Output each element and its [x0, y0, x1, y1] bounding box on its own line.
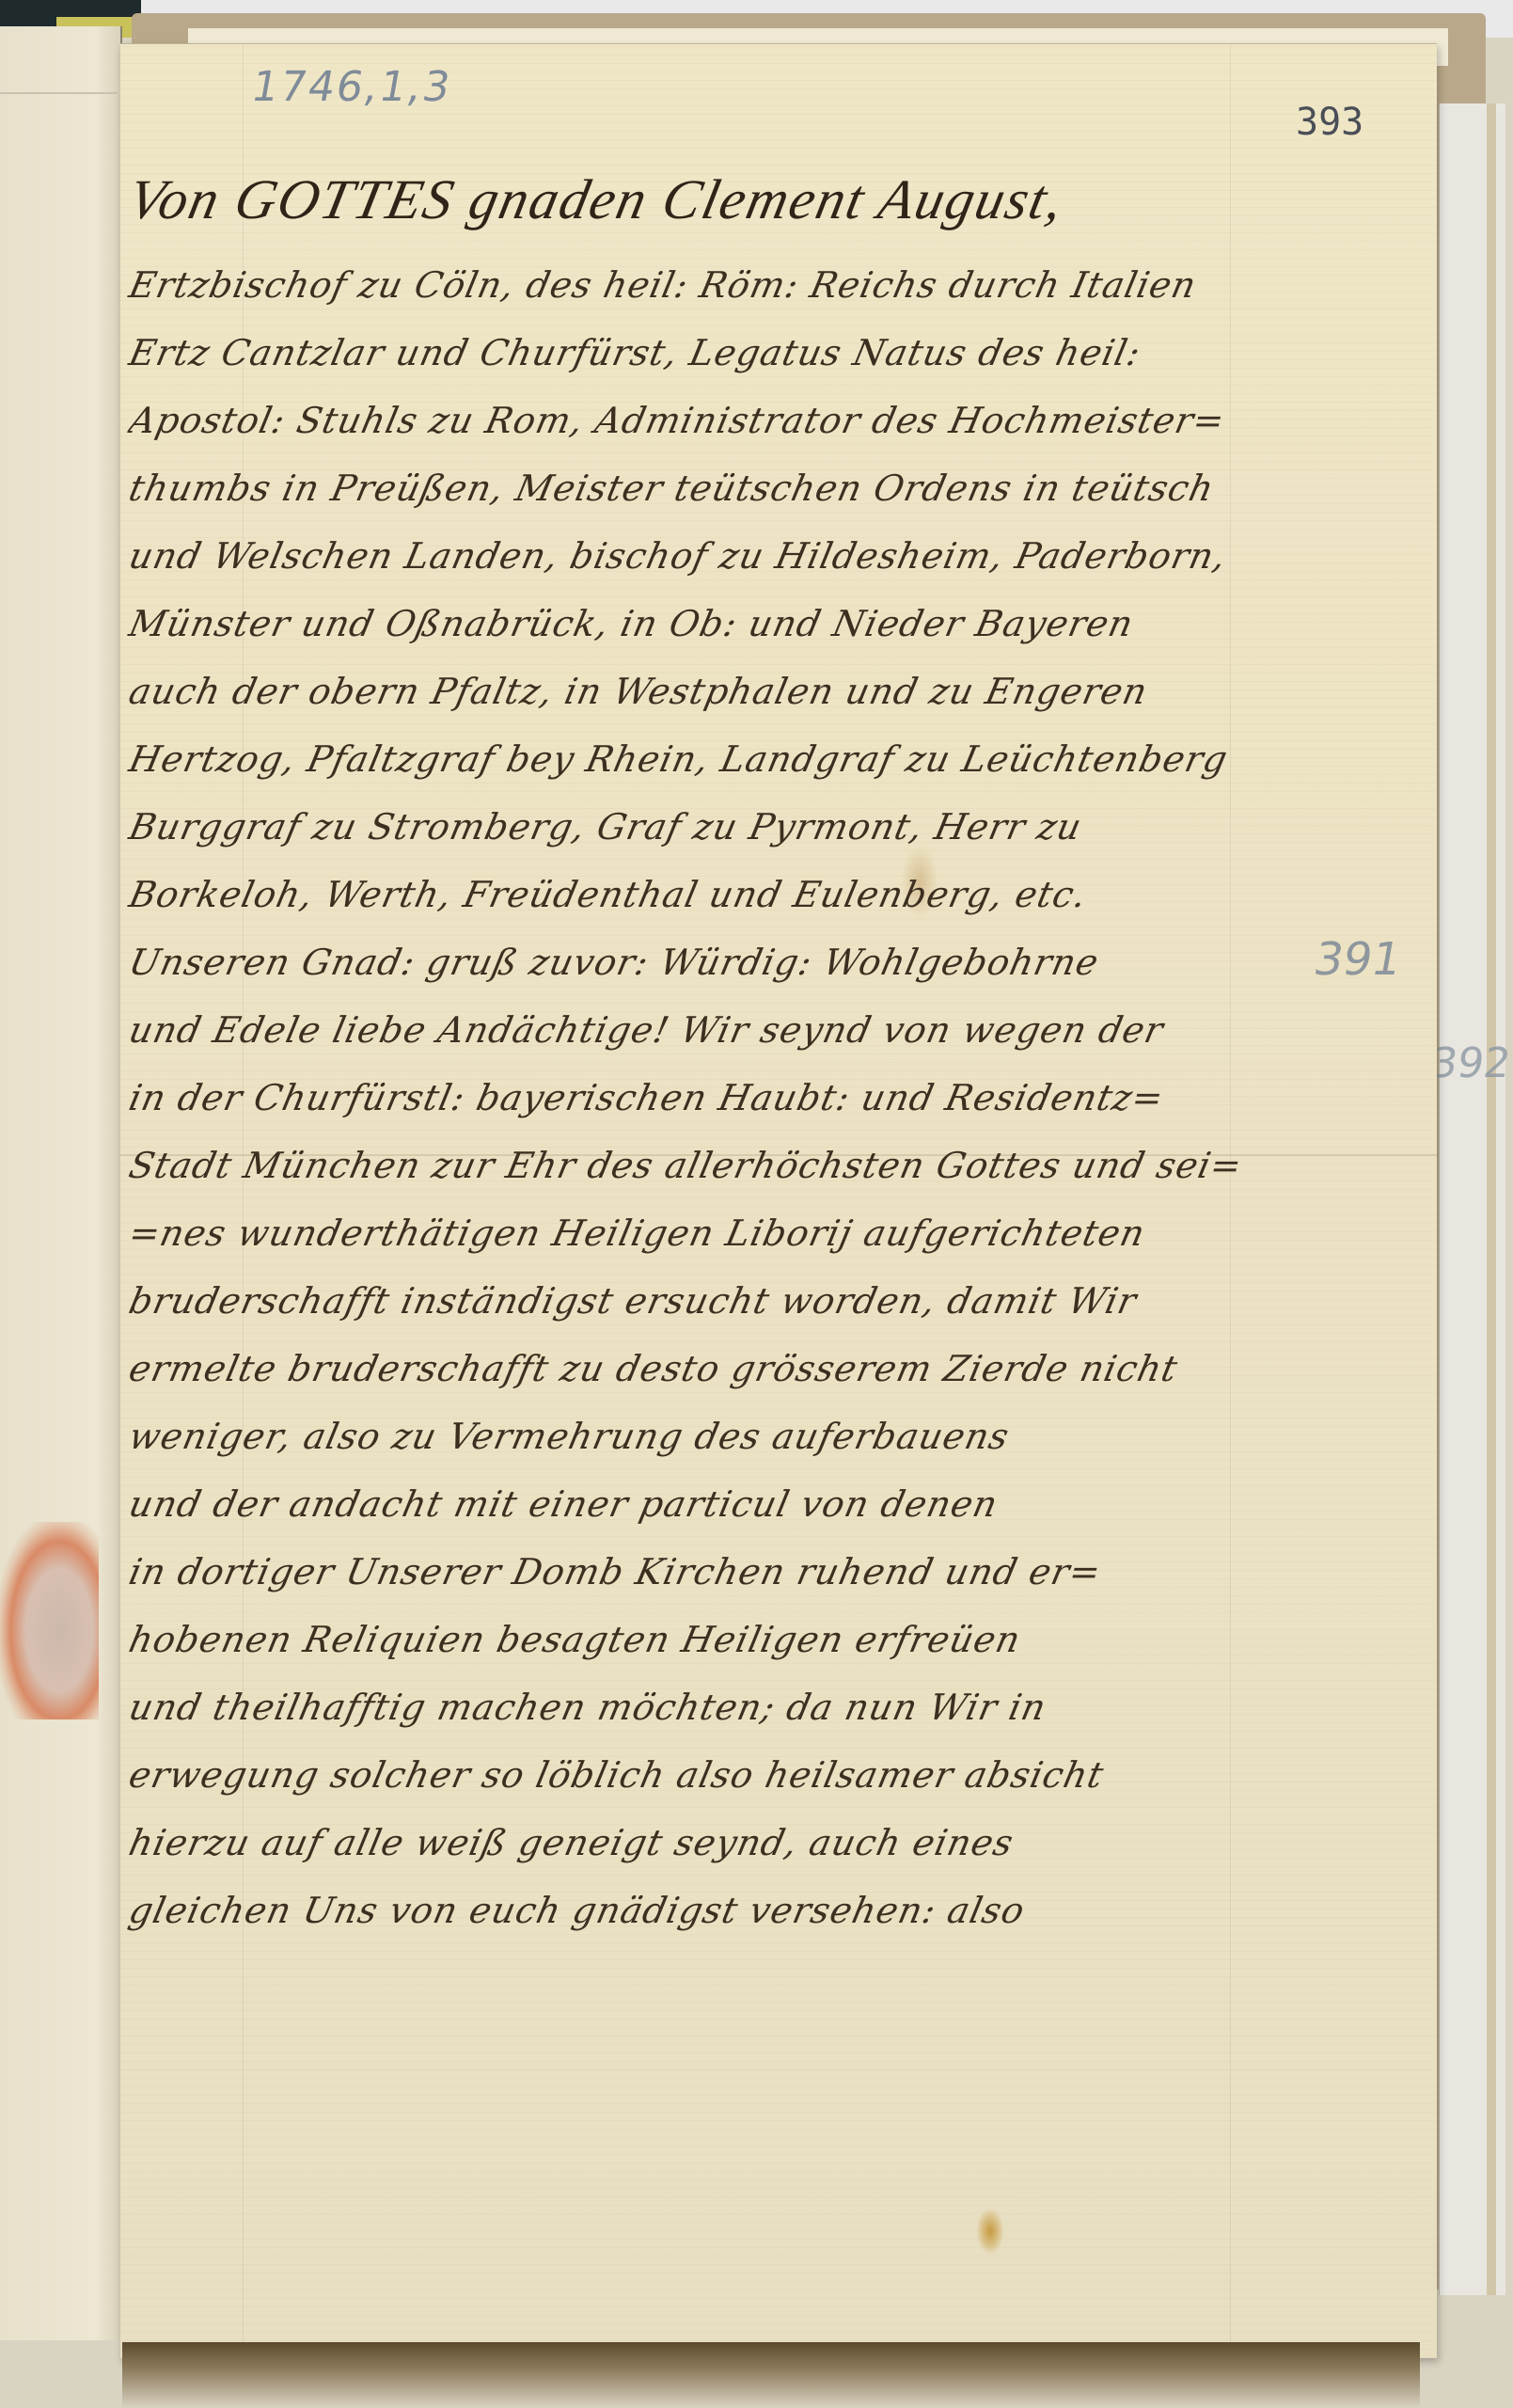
- text-line: Ertzbischof zu Cöln, des heil: Röm: Reic…: [122, 251, 1434, 319]
- text-line: hobenen Reliquien besagten Heiligen erfr…: [122, 1606, 1434, 1673]
- text-line: ermelte bruderschafft zu desto grösserem…: [122, 1335, 1434, 1402]
- left-facing-page: [0, 26, 122, 2340]
- text-line: Borkeloh, Werth, Freüdenthal und Eulenbe…: [122, 861, 1434, 928]
- text-line: Stadt München zur Ehr des allerhöchsten …: [122, 1132, 1434, 1199]
- text-line: weniger, also zu Vermehrung des auferbau…: [122, 1402, 1434, 1470]
- text-line: und Welschen Landen, bischof zu Hildeshe…: [122, 522, 1434, 590]
- text-line: in der Churfürstl: bayerischen Haubt: un…: [122, 1064, 1434, 1132]
- text-line: bruderschafft inständigst ersucht worden…: [122, 1267, 1434, 1335]
- page-edge-line: [0, 92, 118, 94]
- right-page-stack: [1439, 103, 1505, 2295]
- text-line: gleichen Uns von euch gnädigst versehen:…: [122, 1877, 1434, 1944]
- manuscript-text: Von GOTTES gnaden Clement August, Ertzbi…: [130, 148, 1427, 1944]
- text-line: =nes wunderthätigen Heiligen Liborij auf…: [122, 1199, 1434, 1267]
- text-line: Apostol: Stuhls zu Rom, Administrator de…: [122, 387, 1434, 454]
- stack-edge: [1487, 103, 1496, 2295]
- binding-shadow: [122, 2342, 1420, 2408]
- text-line: hierzu auf alle weiß geneigt seynd, auch…: [122, 1809, 1434, 1877]
- document-heading: Von GOTTES gnaden Clement August,: [118, 148, 1438, 251]
- foxing-spot: [976, 2208, 1004, 2255]
- folio-number: 393: [1296, 101, 1363, 144]
- text-line: und Edele liebe Andächtige! Wir seynd vo…: [122, 996, 1434, 1064]
- text-line: in dortiger Unserer Domb Kirchen ruhend …: [122, 1538, 1434, 1606]
- text-line: auch der obern Pfaltz, in Westphalen und…: [122, 657, 1434, 725]
- manuscript-sheet: 1746,1,3 393 391 Von GOTTES gnaden Cleme…: [120, 43, 1437, 2358]
- text-line: Unseren Gnad: gruß zuvor: Würdig: Wohlge…: [122, 928, 1434, 996]
- text-line: Münster und Oßnabrück, in Ob: und Nieder…: [122, 590, 1434, 657]
- text-line: Ertz Cantzlar und Churfürst, Legatus Nat…: [122, 319, 1434, 387]
- text-line: erwegung solcher so löblich also heilsam…: [122, 1741, 1434, 1809]
- text-line: und theilhafftig machen möchten; da nun …: [122, 1673, 1434, 1741]
- red-stain: [0, 1522, 99, 1719]
- archive-reference: 1746,1,3: [248, 63, 456, 111]
- text-line: Burggraf zu Stromberg, Graf zu Pyrmont, …: [122, 793, 1434, 861]
- text-line: thumbs in Preüßen, Meister teütschen Ord…: [122, 454, 1434, 522]
- text-line: Hertzog, Pfaltzgraf bey Rhein, Landgraf …: [122, 725, 1434, 793]
- text-line: und der andacht mit einer particul von d…: [122, 1470, 1434, 1538]
- edge-folio-stamp: 392: [1427, 1039, 1513, 1087]
